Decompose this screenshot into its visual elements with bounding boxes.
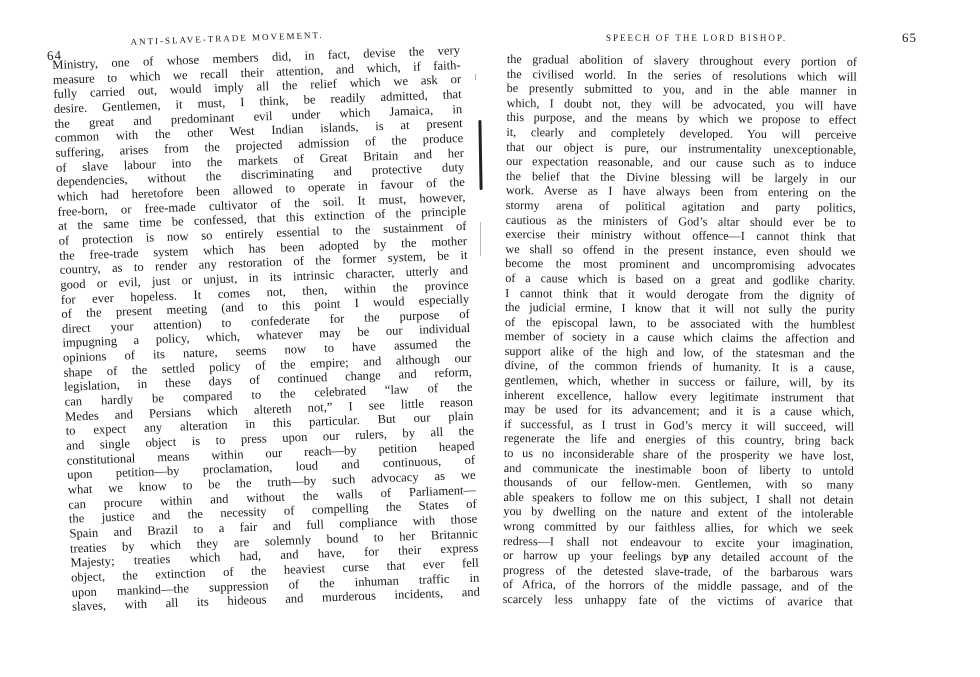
- right-running-head: SPEECH OF THE LORD BISHOP. 65: [520, 24, 940, 42]
- right-running-title: SPEECH OF THE LORD BISHOP.: [606, 33, 787, 43]
- left-page-body: Ministry, one of whose members did, in f…: [52, 43, 480, 615]
- left-running-title: ANTI-SLAVE-TRADE MOVEMENT.: [130, 30, 323, 47]
- gutter-mark: [475, 74, 476, 80]
- text-line: scarcely less unhappy fate of the victim…: [503, 592, 853, 609]
- right-page-body: the gradual abolition of slavery through…: [503, 52, 857, 609]
- left-page: 64 ANTI-SLAVE-TRADE MOVEMENT. Ministry, …: [0, 0, 480, 677]
- right-page-number: 65: [902, 30, 917, 46]
- signature-mark: P: [683, 553, 689, 563]
- right-page: SPEECH OF THE LORD BISHOP. 65 the gradua…: [480, 0, 980, 677]
